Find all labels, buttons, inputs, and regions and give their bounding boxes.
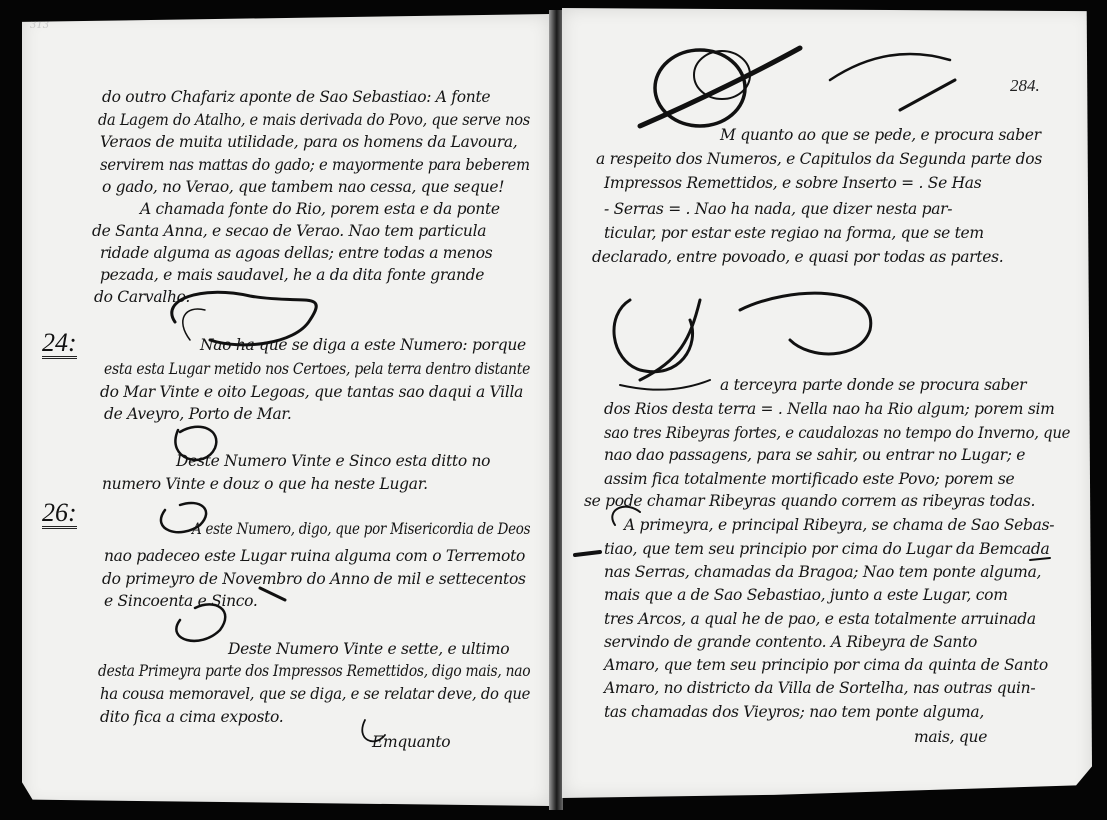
calligraphic-flourishes: [0, 0, 1107, 820]
